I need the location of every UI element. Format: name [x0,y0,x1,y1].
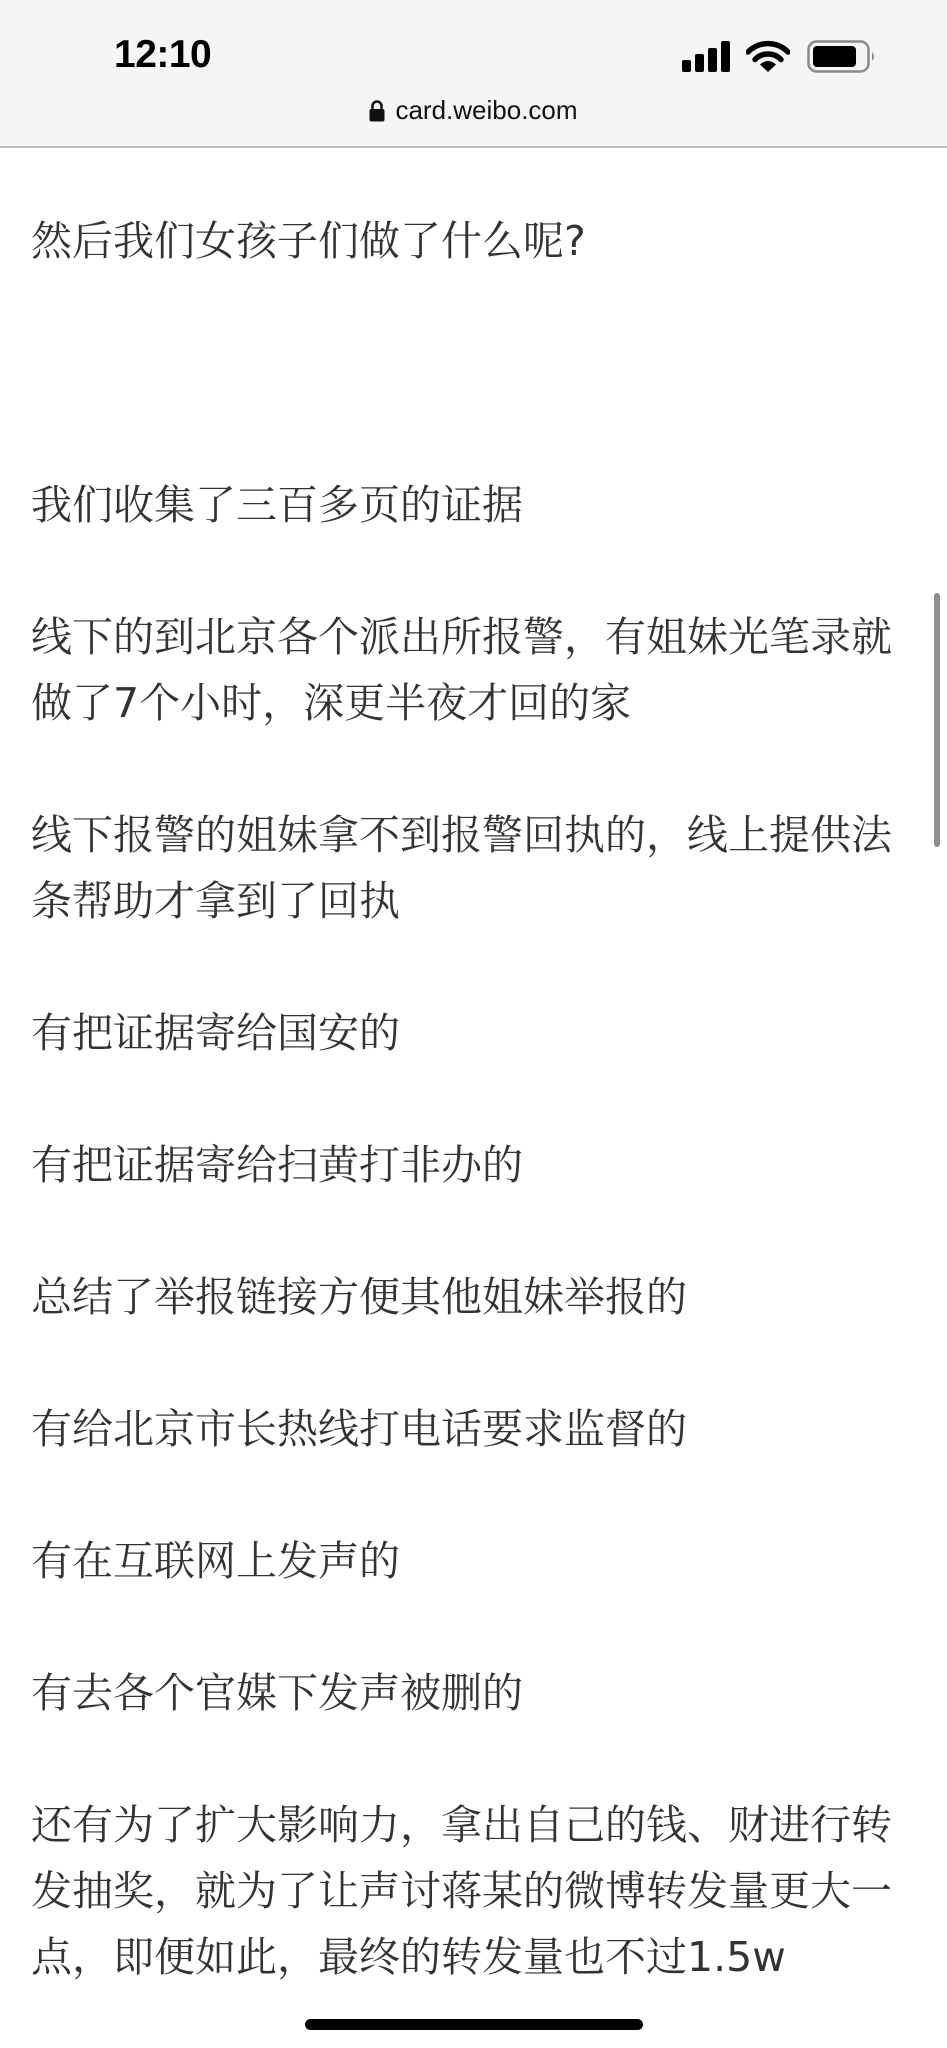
article-paragraph: 有在互联网上发声的 [31,1528,921,1594]
address-bar[interactable]: card.weibo.com [0,92,947,128]
vertical-scrollbar[interactable] [934,593,940,847]
article-paragraph: 我们收集了三百多页的证据 [31,472,921,538]
article-paragraph: 线下报警的姐妹拿不到报警回执的，线上提供法条帮助才拿到了回执 [31,802,921,934]
article-paragraph: 然后我们女孩子们做了什么呢? [31,208,921,274]
home-indicator[interactable] [305,2019,643,2030]
article-paragraph: 线下的到北京各个派出所报警，有姐妹光笔录就做了7个小时，深更半夜才回的家 [31,604,921,736]
wifi-icon [746,40,790,73]
article-paragraph: 有把证据寄给扫黄打非办的 [31,1132,921,1198]
article-paragraph: 还有为了扩大影响力，拿出自己的钱、财进行转发抽奖，就为了让声讨蒋某的微博转发量更… [31,1792,921,1990]
article-paragraph: 有把证据寄给国安的 [31,1000,921,1066]
url-text[interactable]: card.weibo.com [395,95,577,126]
article-paragraph: 有去各个官媒下发声被删的 [31,1660,921,1726]
article-paragraph: 有给北京市长热线打电话要求监督的 [31,1396,921,1462]
article-body: 然后我们女孩子们做了什么呢? 我们收集了三百多页的证据 线下的到北京各个派出所报… [31,208,921,2048]
lock-icon [369,100,385,122]
article-paragraph: 总结了举报链接方便其他姐妹举报的 [31,1264,921,1330]
status-time: 12:10 [114,33,211,77]
browser-header: 12:10 card.weibo.com [0,0,947,148]
cellular-signal-icon [682,41,732,72]
battery-icon [807,40,877,73]
